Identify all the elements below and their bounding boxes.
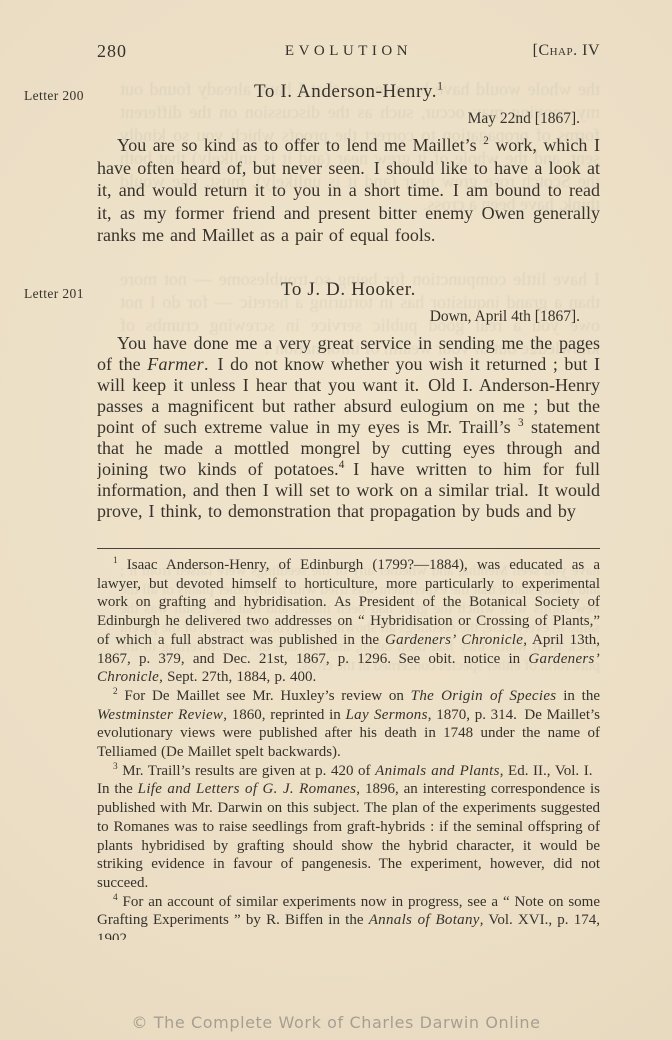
- footnote-separator-rule: [97, 548, 600, 549]
- letter-heading-anderson-henry: To I. Anderson-Henry.1: [97, 81, 600, 103]
- margin-label-letter-201: Letter 201: [24, 286, 84, 302]
- footnote-2: 2 For De Maillet see Mr. Huxley’s review…: [97, 687, 600, 762]
- footnote-1: 1 Isaac Anderson-Henry, of Edinburgh (17…: [97, 556, 600, 687]
- darwin-online-watermark: © The Complete Work of Charles Darwin On…: [0, 1013, 672, 1032]
- running-title: EVOLUTION: [285, 43, 412, 60]
- letter-heading-hooker: To J. D. Hooker.: [97, 279, 600, 301]
- footnotes-section: 1 Isaac Anderson-Henry, of Edinburgh (17…: [97, 556, 600, 940]
- book-page-scan: the whole would have been to say that I …: [0, 0, 672, 1040]
- margin-label-letter-200: Letter 200: [24, 88, 84, 104]
- footnote-3: 3 Mr. Traill’s results are given at p. 4…: [97, 762, 600, 893]
- running-head: 280 EVOLUTION [Chap. IV: [97, 41, 600, 63]
- letter-date: May 22nd [1867].: [97, 110, 600, 128]
- letter-body: You are so kind as to offer to lend me M…: [97, 134, 600, 270]
- footnote-4: 4 For an account of similar experiments …: [97, 893, 600, 940]
- letter-date: Down, April 4th [1867].: [97, 308, 600, 326]
- page-number: 280: [97, 41, 127, 62]
- letter-body: You have done me a very great service in…: [97, 333, 600, 545]
- chapter-reference: [Chap. IV: [533, 42, 600, 60]
